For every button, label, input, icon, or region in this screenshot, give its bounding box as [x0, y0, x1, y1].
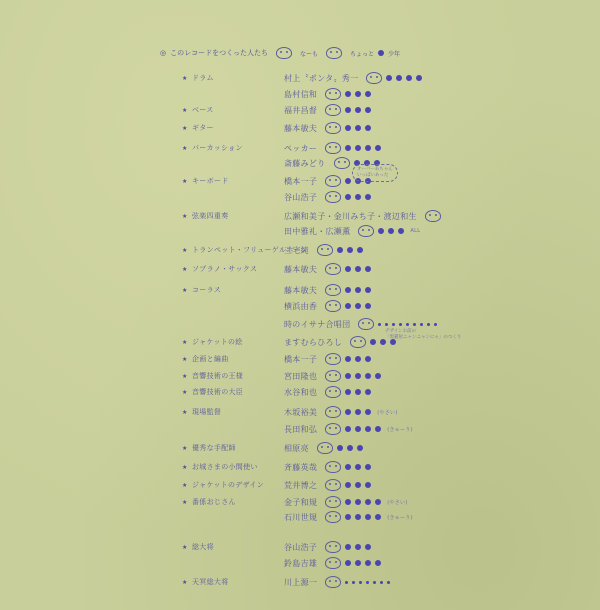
credit-name: 藤本敏夫: [284, 285, 317, 296]
legend-label: なーも: [300, 49, 318, 58]
credit-row: ★音響技術の王様宮田隆也: [182, 370, 387, 382]
dot-icon: [355, 409, 361, 415]
rating-dots: [345, 426, 381, 432]
dot-icon: [365, 426, 371, 432]
dot-icon: [345, 544, 351, 550]
dot-icon: [365, 107, 371, 113]
dot-icon: [365, 266, 371, 272]
credit-row: ★ベース福井昌督: [182, 104, 377, 116]
dot-icon: [365, 409, 371, 415]
dot-icon: [396, 75, 402, 81]
credit-role: 音響技術の大臣: [192, 387, 284, 397]
credit-role: ベース: [192, 105, 284, 115]
credit-role: パーカッション: [192, 143, 284, 153]
dot-icon: [345, 482, 351, 488]
credit-role: キーボード: [192, 176, 284, 186]
rating-dots: [345, 464, 371, 470]
cat-icon: ◎: [160, 49, 166, 57]
rating-dots: [378, 228, 404, 234]
dot-icon: [365, 91, 371, 97]
face-icon: [325, 88, 341, 100]
credit-name: 荒井博之: [284, 480, 317, 491]
face-icon: [350, 336, 366, 348]
dot-icon: [345, 581, 348, 584]
dot-icon: [365, 514, 371, 520]
star-icon: ★: [182, 145, 192, 152]
face-icon: [325, 191, 341, 203]
credit-row: 石川世規(きゅーり): [182, 511, 413, 523]
dot-icon: [380, 581, 383, 584]
credit-row: 島村信和: [182, 88, 377, 100]
star-icon: ★: [182, 75, 192, 82]
rating-dots: [345, 544, 371, 550]
dot-icon: [365, 464, 371, 470]
dot-icon: [357, 445, 363, 451]
rating-dots: [345, 356, 371, 362]
star-icon: ★: [182, 125, 192, 132]
credit-name: 時のイサナ合唱団: [284, 319, 350, 330]
face-icon: [325, 541, 341, 553]
face-icon: [325, 263, 341, 275]
star-icon: ★: [182, 373, 192, 380]
star-icon: ★: [182, 339, 192, 346]
dot-icon: [365, 194, 371, 200]
credit-row: ★現場監督木坂裕美(やさい): [182, 406, 398, 418]
rating-dots: [337, 247, 363, 253]
face-icon: [325, 386, 341, 398]
credit-role: ジャケットのデザイン: [192, 480, 284, 490]
dot-icon: [375, 426, 381, 432]
dot-icon: [365, 303, 371, 309]
dot-icon: [365, 482, 371, 488]
dot-icon: [345, 125, 351, 131]
credit-name: 橋本一子: [284, 176, 317, 187]
dot-icon: [365, 389, 371, 395]
face-icon: [325, 423, 341, 435]
credit-name: 鈴島吉雄: [284, 558, 317, 569]
dot-icon: [375, 514, 381, 520]
credit-name: 村上〝ポンタ〟秀一: [284, 73, 358, 84]
dot-icon: [373, 581, 376, 584]
credit-role: 弦楽四重奏: [192, 211, 284, 221]
credit-role: ソプラノ・サックス: [192, 264, 284, 274]
credit-note: (やさい): [377, 409, 397, 416]
rating-dots: [345, 409, 371, 415]
rating-dots: [345, 499, 381, 505]
rating-dots: [345, 194, 371, 200]
dot-icon: [355, 464, 361, 470]
dot-icon: [366, 581, 369, 584]
star-icon: ★: [182, 389, 192, 396]
star-icon: ★: [182, 178, 192, 185]
rating-dots: [345, 581, 390, 584]
rating-dots: [345, 125, 371, 131]
credit-row: ★ソプラノ・サックス藤本敏夫: [182, 263, 377, 275]
dot-icon: [355, 373, 361, 379]
bubble-line: いっぱいあった: [357, 173, 393, 179]
credit-role: 優秀な手配師: [192, 443, 284, 453]
dot-icon: [355, 107, 361, 113]
dot-icon: [427, 323, 430, 326]
credit-row: ★ジャケットの絵ますむらひろし: [182, 336, 402, 348]
dot-icon: [355, 356, 361, 362]
face-icon: [358, 318, 374, 330]
star-icon: ★: [182, 499, 192, 506]
dot-icon: [355, 303, 361, 309]
face-icon: [325, 284, 341, 296]
rating-dots: [345, 303, 371, 309]
dot-icon: [365, 287, 371, 293]
credit-role: ドラム: [192, 73, 284, 83]
dot-icon: [345, 194, 351, 200]
dot-icon: [345, 266, 351, 272]
dot-icon: [345, 560, 351, 566]
credit-row: ★企画と編曲橋本一子: [182, 353, 377, 365]
dot-icon: [345, 389, 351, 395]
credit-role: 企画と編曲: [192, 354, 284, 364]
rating-dots: [345, 373, 381, 379]
dot-icon: [345, 514, 351, 520]
dot-icon: [365, 560, 371, 566]
dot-icon: [365, 145, 371, 151]
rating-dots: [378, 323, 437, 326]
credit-name: 金子和規: [284, 497, 317, 508]
credit-name: 相原亮: [284, 443, 309, 454]
rating-dots: [345, 145, 381, 151]
credit-name: 宮田隆也: [284, 371, 317, 382]
dot-icon: [345, 287, 351, 293]
dot-icon: [355, 145, 361, 151]
rating-dots: [337, 445, 363, 451]
rating-dots: [345, 560, 381, 566]
face-icon: [325, 370, 341, 382]
dot-icon: [345, 373, 351, 379]
credits-sheet: ◎ このレコードをつくった人たち なーも ちょっと 少年 ★ドラム村上〝ポンタ〟…: [0, 0, 600, 610]
star-icon: ★: [182, 356, 192, 363]
credit-row: 谷山浩子: [182, 191, 377, 203]
dot-icon: [345, 91, 351, 97]
credit-row: 長田和弘(きゅーり): [182, 423, 413, 435]
dot-icon: [355, 266, 361, 272]
credit-role: ギター: [192, 123, 284, 133]
credit-row: ★音響技術の大臣水谷和也: [182, 386, 377, 398]
dot-icon: [387, 581, 390, 584]
credit-row: ★ドラム村上〝ポンタ〟秀一: [182, 72, 428, 84]
face-icon: [325, 479, 341, 491]
face-icon: [325, 557, 341, 569]
rating-dots: [345, 107, 371, 113]
dot-icon: [365, 373, 371, 379]
face-icon: [317, 442, 333, 454]
dot-icon: [337, 445, 343, 451]
dot-icon: [378, 50, 384, 56]
credit-name: 川上源一: [284, 577, 317, 588]
credit-name: 石川世規: [284, 512, 317, 523]
credit-name: 藤本敏夫: [284, 123, 317, 134]
face-icon: [317, 244, 333, 256]
dot-icon: [365, 499, 371, 505]
credit-note: (きゅーり): [387, 514, 413, 521]
face-medium-icon: [326, 47, 342, 59]
dot-icon: [355, 287, 361, 293]
dot-icon: [355, 426, 361, 432]
credit-row: ★弦楽四重奏広瀬和美子・金川みち子・渡辺和生: [182, 210, 451, 222]
dot-icon: [355, 544, 361, 550]
dot-icon: [355, 499, 361, 505]
dot-icon: [378, 228, 384, 234]
credit-row: ★ギター藤本敏夫: [182, 122, 377, 134]
dot-icon: [420, 323, 423, 326]
rating-dots: [345, 482, 371, 488]
dot-icon: [357, 247, 363, 253]
star-icon: ★: [182, 287, 192, 294]
dot-icon: [355, 482, 361, 488]
dot-icon: [385, 323, 388, 326]
credit-role: 番係おじさん: [192, 497, 284, 507]
face-icon: [325, 353, 341, 365]
dot-icon: [345, 499, 351, 505]
credit-role: ジャケットの絵: [192, 337, 284, 347]
star-icon: ★: [182, 213, 192, 220]
face-icon: [358, 225, 374, 237]
dot-icon: [406, 75, 412, 81]
dot-icon: [398, 228, 404, 234]
dot-icon: [406, 323, 409, 326]
face-icon: [325, 142, 341, 154]
dot-icon: [365, 125, 371, 131]
rating-dots: [386, 75, 422, 81]
face-icon: [366, 72, 382, 84]
dot-icon: [365, 544, 371, 550]
credit-name: 広瀬和美子・金川みち子・渡辺和生: [284, 211, 417, 222]
dot-icon: [359, 581, 362, 584]
credit-role: トランペット・フリューゲルホーン: [192, 245, 284, 255]
credit-name: 木坂裕美: [284, 407, 317, 418]
dot-icon: [355, 91, 361, 97]
credit-row: ★コーラス藤本敏夫: [182, 284, 377, 296]
rating-dots: [345, 514, 381, 520]
dot-icon: [347, 445, 353, 451]
credit-row: ★ジャケットのデザイン荒井博之: [182, 479, 377, 491]
rating-dots: [345, 287, 371, 293]
face-icon: [325, 496, 341, 508]
face-icon: [325, 461, 341, 473]
credit-name: 三宅純: [284, 245, 309, 256]
dot-icon: [345, 178, 351, 184]
dot-icon: [416, 75, 422, 81]
credit-name: 島村信和: [284, 89, 317, 100]
face-icon: [425, 210, 441, 222]
credit-name: 横浜由香: [284, 301, 317, 312]
credit-row: ★キーボード橋本一子: [182, 175, 377, 187]
credit-role: 総大将: [192, 542, 284, 552]
credit-name: 斉藤英哉: [284, 462, 317, 473]
star-icon: ★: [182, 579, 192, 586]
star-icon: ★: [182, 544, 192, 551]
credit-name: ますむらひろし: [284, 337, 342, 348]
face-icon: [325, 300, 341, 312]
dot-icon: [345, 426, 351, 432]
face-icon: [325, 175, 341, 187]
star-icon: ★: [182, 266, 192, 273]
rating-dots: [345, 91, 371, 97]
face-icon: [325, 122, 341, 134]
rating-dots: [345, 266, 371, 272]
credit-note: (きゅーり): [387, 426, 413, 433]
legend-label: 少年: [388, 49, 400, 58]
dot-icon: [355, 389, 361, 395]
dot-icon: [375, 145, 381, 151]
dot-icon: [378, 323, 381, 326]
legend: ◎ このレコードをつくった人たち なーも ちょっと 少年: [160, 47, 400, 59]
legend-label: ちょっと: [350, 49, 374, 58]
credit-row: ★優秀な手配師相原亮: [182, 442, 369, 454]
credit-name: 田中雅礼・広瀬薫: [284, 226, 350, 237]
credit-name: 福井昌督: [284, 105, 317, 116]
dot-icon: [434, 323, 437, 326]
credit-name: 橋本一子: [284, 354, 317, 365]
credit-name: ペッカー: [284, 143, 317, 154]
credit-row: ★天冥総大将川上源一: [182, 576, 396, 588]
star-icon: ★: [182, 482, 192, 489]
dot-icon: [365, 356, 371, 362]
dot-icon: [337, 247, 343, 253]
credit-row: ★パーカッションペッカー: [182, 142, 387, 154]
dot-icon: [345, 303, 351, 309]
credit-note: ALL: [410, 228, 420, 234]
face-icon: [334, 157, 350, 169]
dot-icon: [388, 228, 394, 234]
credit-row: ★総大将谷山浩子: [182, 541, 377, 553]
credit-role: お城さまの小間使い: [192, 462, 284, 472]
dot-icon: [347, 247, 353, 253]
dot-icon: [345, 145, 351, 151]
dot-icon: [355, 125, 361, 131]
dot-icon: [345, 107, 351, 113]
credit-name: 谷山浩子: [284, 542, 317, 553]
credit-row: ★トランペット・フリューゲルホーン三宅純: [182, 244, 369, 256]
header-title: このレコードをつくった人たち: [170, 48, 268, 58]
dot-icon: [399, 323, 402, 326]
face-icon: [325, 406, 341, 418]
credit-row: ★番係おじさん金子和規(やさい): [182, 496, 408, 508]
credit-name: 谷山浩子: [284, 192, 317, 203]
credit-name: 水谷和也: [284, 387, 317, 398]
credit-role: コーラス: [192, 285, 284, 295]
face-icon: [325, 511, 341, 523]
credit-role: 音響技術の王様: [192, 371, 284, 381]
face-large-icon: [276, 47, 292, 59]
star-icon: ★: [182, 445, 192, 452]
note-line: 「黒猫屋ニャンニャンにゃ」のつくり: [385, 334, 461, 340]
dot-icon: [355, 514, 361, 520]
dot-icon: [345, 464, 351, 470]
credit-name: 藤本敏夫: [284, 264, 317, 275]
rating-dots: [345, 389, 371, 395]
dot-icon: [355, 560, 361, 566]
face-icon: [325, 104, 341, 116]
credit-row: 田中雅礼・広瀬薫ALL: [182, 225, 420, 237]
keyboard-bubble: オーバーあちゃん いっぱいあった: [352, 164, 398, 182]
dot-icon: [345, 356, 351, 362]
star-icon: ★: [182, 107, 192, 114]
star-icon: ★: [182, 409, 192, 416]
dot-icon: [375, 560, 381, 566]
credit-row: ★お城さまの小間使い斉藤英哉: [182, 461, 377, 473]
credit-row: 鈴島吉雄: [182, 557, 387, 569]
credit-note: (やさい): [387, 499, 407, 506]
star-icon: ★: [182, 247, 192, 254]
dot-icon: [413, 323, 416, 326]
dot-icon: [392, 323, 395, 326]
dot-icon: [386, 75, 392, 81]
dot-icon: [375, 373, 381, 379]
dot-icon: [345, 409, 351, 415]
dot-icon: [375, 499, 381, 505]
credit-row: 横浜由香: [182, 300, 377, 312]
dot-icon: [352, 581, 355, 584]
dot-icon: [370, 339, 376, 345]
jacket-note: デザインお前の 「黒猫屋ニャンニャンにゃ」のつくり: [385, 328, 461, 340]
star-icon: ★: [182, 464, 192, 471]
credit-name: 斎藤みどり: [284, 158, 326, 169]
face-icon: [325, 576, 341, 588]
credit-role: 天冥総大将: [192, 577, 284, 587]
dot-icon: [355, 194, 361, 200]
credit-name: 長田和弘: [284, 424, 317, 435]
credit-role: 現場監督: [192, 407, 284, 417]
